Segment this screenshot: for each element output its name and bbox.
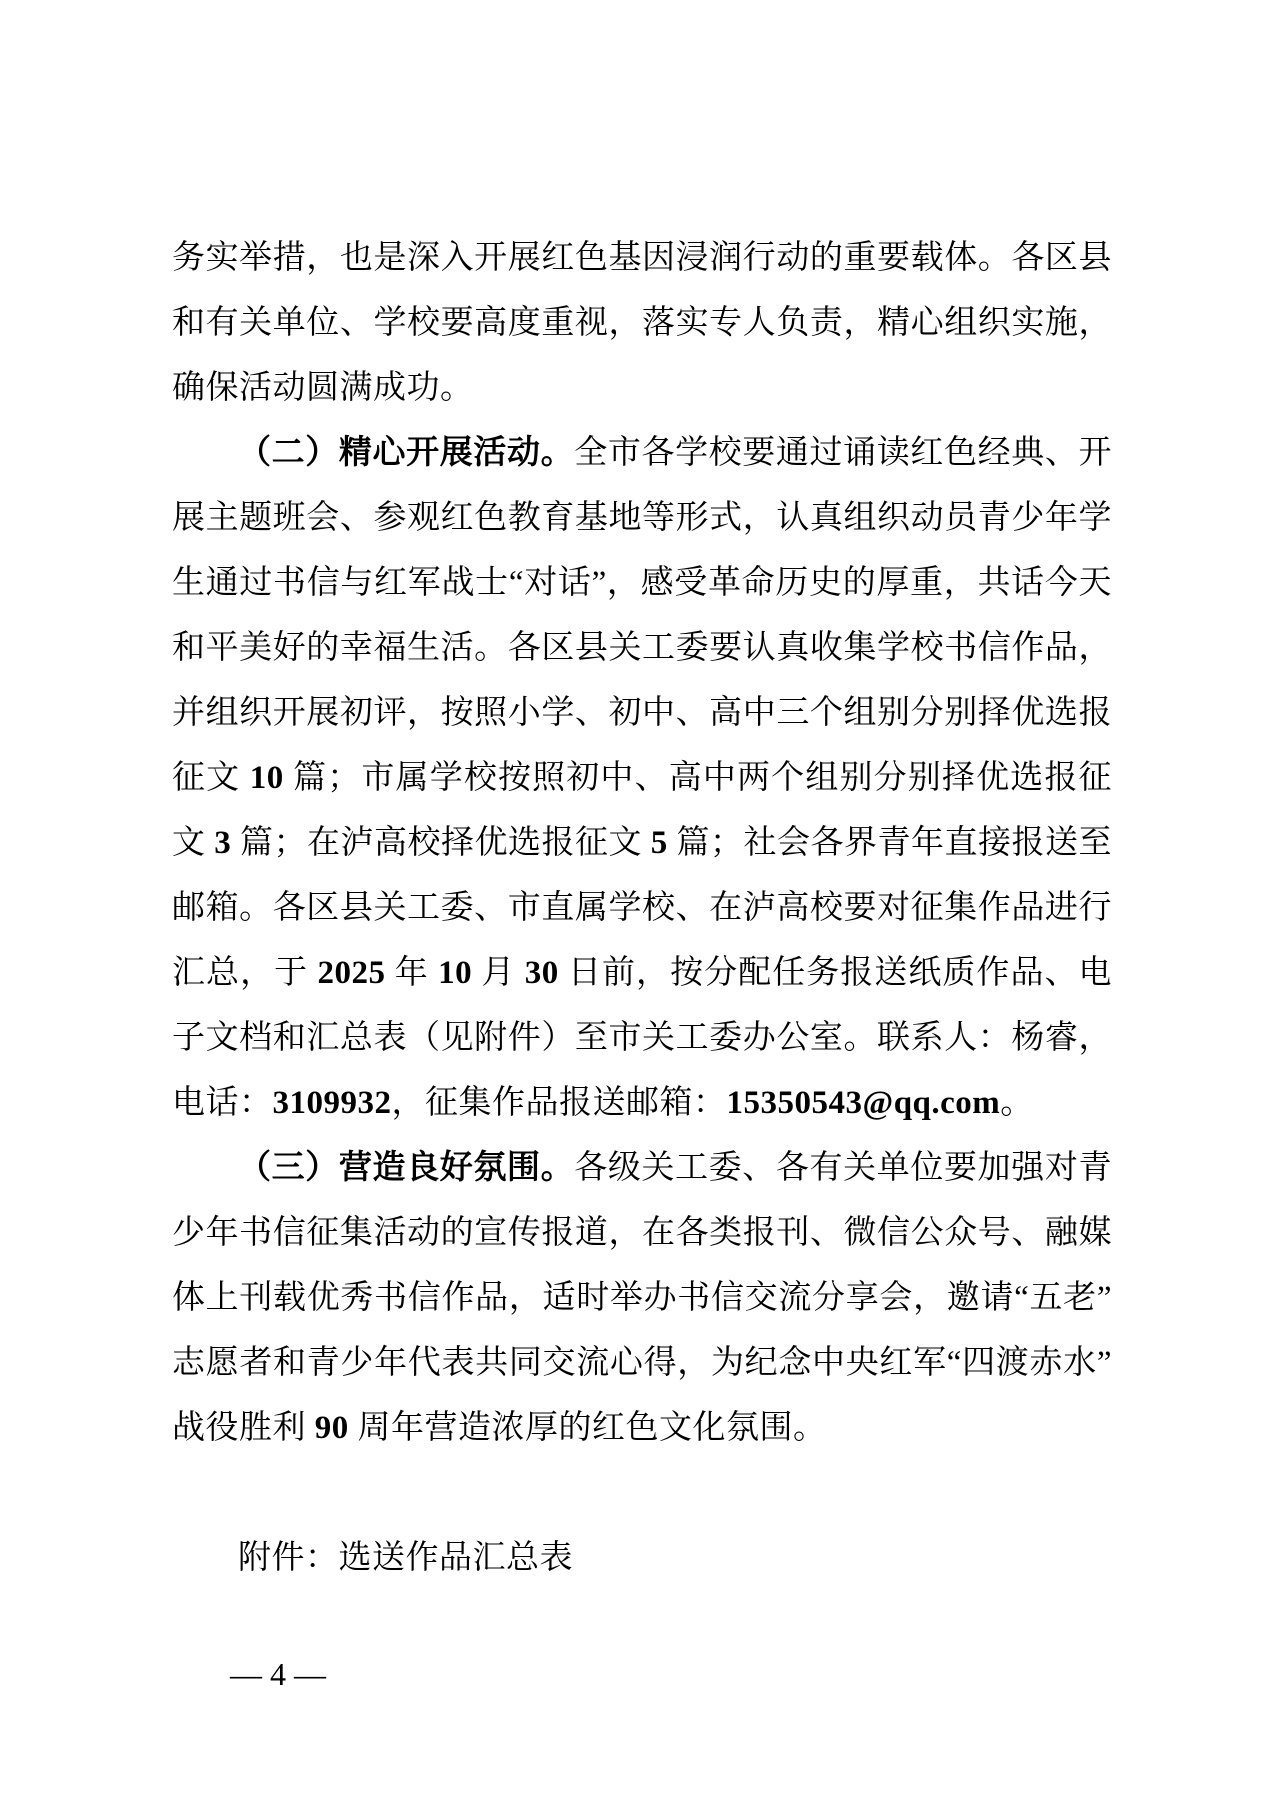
text-line: 确保活动圆满成功。 <box>172 356 1112 421</box>
text-line: 少年书信征集活动的宣传报道，在各类报刊、微信公众号、融媒 <box>172 1201 1112 1266</box>
text-line: 务实举措，也是深入开展红色基因浸润行动的重要载体。各区县 <box>172 226 1112 291</box>
page-number: — 4 — <box>230 1652 326 1696</box>
text-line: 生通过书信与红军战士“对话”，感受革命历史的厚重，共话今天 <box>172 551 1112 616</box>
text-segment: 周年营造浓厚的红色文化氛围。 <box>349 1410 827 1446</box>
text-segment: 子文档和汇总表（见附件）至市关工委办公室。联系人：杨睿， <box>172 1020 1112 1056</box>
text-line: 征文 10 篇；市属学校按照初中、高中两个组别分别择优选报征 <box>172 746 1112 811</box>
text-line: （二）精心开展活动。全市各学校要通过诵读红色经典、开 <box>172 421 1112 486</box>
text-segment: 3 <box>214 825 231 861</box>
section-heading: （二）精心开展活动。 <box>238 435 574 471</box>
text-segment: 邮箱。各区县关工委、市直属学校、在泸高校要对征集作品进行 <box>172 890 1112 926</box>
text-segment: 篇；市属学校按照初中、高中两个组别分别择优选报征 <box>284 760 1112 796</box>
text-segment: 年 <box>385 955 438 991</box>
text-line: 体上刊载优秀书信作品，适时举办书信交流分享会，邀请“五老” <box>172 1266 1112 1331</box>
text-segment: 并组织开展初评，按照小学、初中、高中三个组别分别择优选报 <box>172 695 1112 731</box>
text-segment: 少年书信征集活动的宣传报道，在各类报刊、微信公众号、融媒 <box>172 1215 1112 1251</box>
text-line: 战役胜利 90 周年营造浓厚的红色文化氛围。 <box>172 1396 1112 1461</box>
text-segment: 体上刊载优秀书信作品，适时举办书信交流分享会，邀请“五老” <box>172 1280 1112 1316</box>
text-segment: 附件：选送作品汇总表 <box>238 1540 573 1576</box>
text-segment: 。 <box>1000 1085 1034 1121</box>
text-line: 和平美好的幸福生活。各区县关工委要认真收集学校书信作品， <box>172 616 1112 681</box>
text-line: 子文档和汇总表（见附件）至市关工委办公室。联系人：杨睿， <box>172 1006 1112 1071</box>
text-segment: 5 <box>651 825 668 861</box>
text-segment: 30 <box>525 955 559 991</box>
text-segment: 生通过书信与红军战士“对话”，感受革命历史的厚重，共话今天 <box>172 565 1112 601</box>
text-segment: ，征集作品报送邮箱： <box>392 1085 727 1121</box>
text-segment: 和平美好的幸福生活。各区县关工委要认真收集学校书信作品， <box>172 630 1112 666</box>
text-segment: 战役胜利 <box>172 1410 315 1446</box>
text-segment: 文 <box>172 825 214 861</box>
text-line: 和有关单位、学校要高度重视，落实专人负责，精心组织实施， <box>172 291 1112 356</box>
text-line: 并组织开展初评，按照小学、初中、高中三个组别分别择优选报 <box>172 681 1112 746</box>
text-segment: 篇；在泸高校择优选报征文 <box>231 825 651 861</box>
text-segment: 月 <box>472 955 525 991</box>
text-segment: 10 <box>250 760 284 796</box>
text-segment: 和有关单位、学校要高度重视，落实专人负责，精心组织实施， <box>172 305 1112 341</box>
text-segment: 全市各学校要通过诵读红色经典、开 <box>574 435 1112 471</box>
text-line: 汇总，于 2025 年 10 月 30 日前，按分配任务报送纸质作品、电 <box>172 941 1112 1006</box>
text-segment: 10 <box>438 955 472 991</box>
text-segment: 各级关工委、各有关单位要加强对青 <box>574 1150 1112 1186</box>
section-heading: （三）营造良好氛围。 <box>238 1150 574 1186</box>
text-line: 邮箱。各区县关工委、市直属学校、在泸高校要对征集作品进行 <box>172 876 1112 941</box>
document-body: 务实举措，也是深入开展红色基因浸润行动的重要载体。各区县和有关单位、学校要高度重… <box>172 226 1112 1591</box>
text-segment: 务实举措，也是深入开展红色基因浸润行动的重要载体。各区县 <box>172 240 1112 276</box>
text-segment: 志愿者和青少年代表共同交流心得，为纪念中央红军“四渡赤水” <box>172 1345 1112 1381</box>
text-segment: 展主题班会、参观红色教育基地等形式，认真组织动员青少年学 <box>172 500 1112 536</box>
text-segment: 日前，按分配任务报送纸质作品、电 <box>559 955 1112 991</box>
text-line: 文 3 篇；在泸高校择优选报征文 5 篇；社会各界青年直接报送至 <box>172 811 1112 876</box>
text-segment: 确保活动圆满成功。 <box>172 370 474 406</box>
text-segment: 汇总，于 <box>172 955 317 991</box>
text-segment: 电话： <box>172 1085 273 1121</box>
document-page: { "page": { "background_color": "#ffffff… <box>0 0 1280 1809</box>
text-segment: 2025 <box>317 955 385 991</box>
text-segment: 3109932 <box>273 1085 392 1121</box>
text-segment: 征文 <box>172 760 250 796</box>
text-line: （三）营造良好氛围。各级关工委、各有关单位要加强对青 <box>172 1136 1112 1201</box>
text-line: 展主题班会、参观红色教育基地等形式，认真组织动员青少年学 <box>172 486 1112 551</box>
text-segment: 90 <box>315 1410 349 1446</box>
text-line: 志愿者和青少年代表共同交流心得，为纪念中央红军“四渡赤水” <box>172 1331 1112 1396</box>
attachment-line: 附件：选送作品汇总表 <box>172 1526 1112 1591</box>
text-segment: 篇；社会各界青年直接报送至 <box>668 825 1112 861</box>
text-line: 电话：3109932，征集作品报送邮箱：15350543@qq.com。 <box>172 1071 1112 1136</box>
text-segment: 15350543@qq.com <box>727 1085 1001 1121</box>
